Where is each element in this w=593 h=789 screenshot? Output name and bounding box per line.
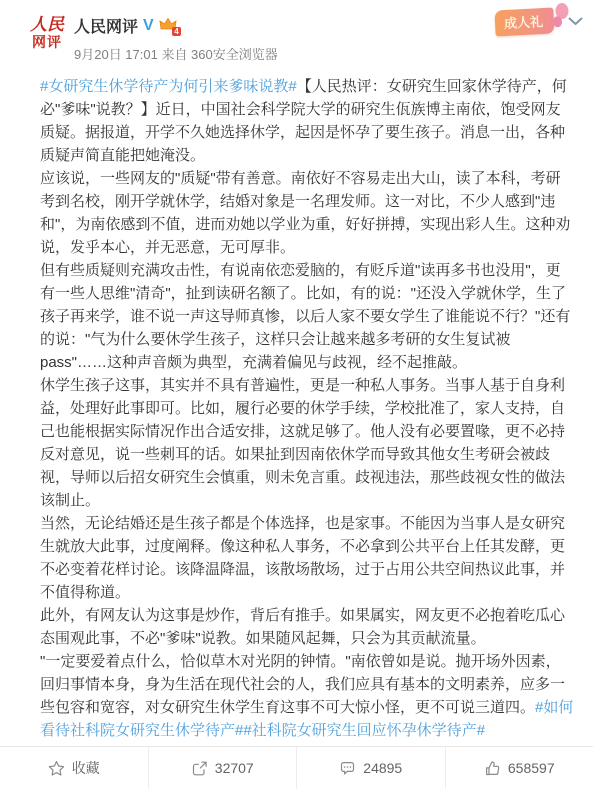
like-count: 658597 [508, 760, 555, 776]
action-bar: 收藏 32707 24895 658597 [0, 746, 593, 789]
paragraph-text: "一定要爱着点什么，恰似草木对光阴的钟情。"南依曾如是说。抛开场外因素，回归事情… [40, 653, 565, 716]
vip-level-badge: 4 [172, 27, 180, 36]
paragraph: 当然，无论结婚还是生孩子都是个体选择，也是家事。不能因为当事人是女研究生就放大此… [40, 512, 575, 604]
star-icon [48, 760, 65, 777]
paragraph: #女研究生休学待产为何引来爹味说教#【人民热评：女研究生回家休学待产，何必"爹味… [40, 75, 575, 167]
paragraph: "一定要爱着点什么，恰似草木对光阴的钟情。"南依曾如是说。抛开场外因素，回归事情… [40, 650, 575, 742]
paragraph: 休学生孩子这事，其实并不具有普遍性，更是一种私人事务。当事人基于自身利益，处理好… [40, 374, 575, 512]
avatar-logo-line2: 网评 [32, 35, 62, 50]
header-user-info: 人民网评 V 4 9月20日 17:01 来自 360安全浏览器 [74, 13, 278, 63]
event-badge-label: 成人礼 [504, 14, 544, 31]
hashtag-link[interactable]: #女研究生休学待产为何引来爹味说教# [40, 78, 297, 95]
favorite-label: 收藏 [72, 758, 100, 778]
repost-count: 32707 [215, 760, 254, 776]
comment-bubble-icon [339, 760, 356, 777]
avatar-logo-line1: 人民 [30, 17, 64, 35]
timestamp: 9月20日 17:01 来自 360安全浏览器 [74, 44, 278, 63]
name-row: 人民网评 V 4 [74, 14, 278, 37]
username[interactable]: 人民网评 [74, 14, 138, 37]
verified-v-icon: V [143, 18, 154, 34]
paragraph: 但有些质疑则充满攻击性，有说南依恋爱脑的，有贬斥道"读再多书也没用"，更有一些人… [40, 259, 575, 374]
comment-button[interactable]: 24895 [296, 747, 445, 789]
share-icon [191, 760, 208, 777]
comment-count: 24895 [363, 760, 402, 776]
avatar[interactable]: 人民 网评 [28, 13, 66, 53]
weibo-post-card: 人民 网评 人民网评 V 4 9月20日 17:01 来自 360安全浏览器 成… [0, 0, 593, 789]
header-right: 成人礼 [495, 5, 583, 35]
hashtag-link[interactable]: #社科院女研究生回应怀孕休学待产# [243, 722, 485, 739]
paragraph: 此外，有网友认为这事是炒作，背后有推手。如果属实，网友更不必抱着吃瓜心态围观此事… [40, 604, 575, 650]
event-ribbon-badge: 成人礼 [494, 7, 554, 36]
chevron-down-icon[interactable] [568, 13, 583, 31]
post-body: #女研究生休学待产为何引来爹味说教#【人民热评：女研究生回家休学待产，何必"爹味… [0, 63, 593, 742]
post-header: 人民 网评 人民网评 V 4 9月20日 17:01 来自 360安全浏览器 成… [0, 0, 593, 63]
paragraph: 应该说，一些网友的"质疑"带有善意。南依好不容易走出大山，读了本科，考研考到名校… [40, 167, 575, 259]
balloon-icon [553, 16, 563, 27]
vip-crown-icon: 4 [159, 17, 179, 34]
thumbs-up-icon [484, 760, 501, 777]
like-button[interactable]: 658597 [445, 747, 593, 789]
repost-button[interactable]: 32707 [148, 747, 297, 789]
favorite-button[interactable]: 收藏 [0, 747, 148, 789]
